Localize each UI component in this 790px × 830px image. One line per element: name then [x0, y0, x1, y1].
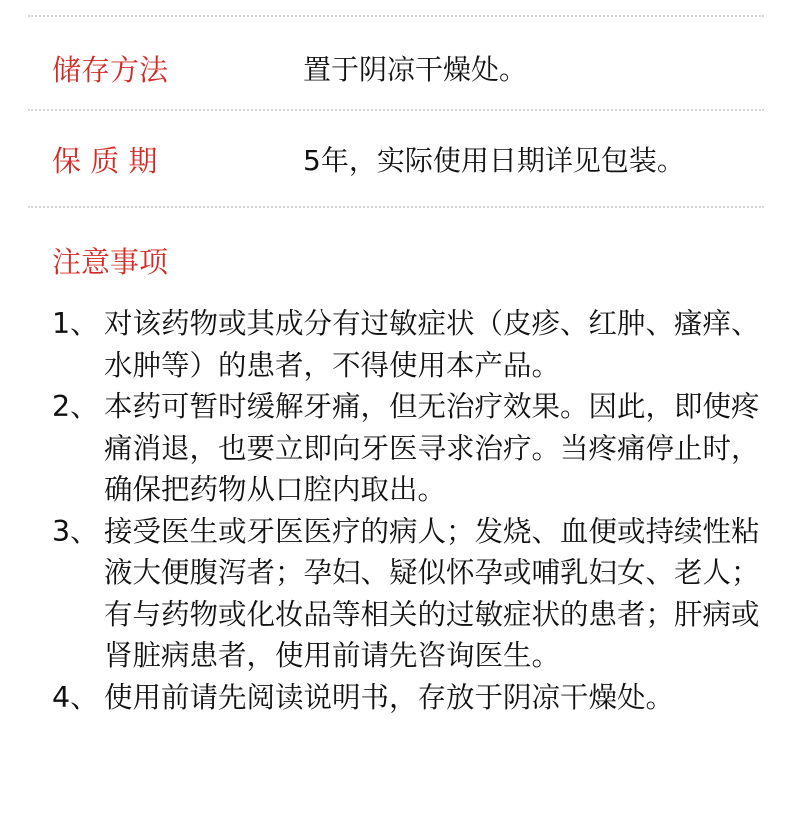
note-number: 1、 [52, 303, 99, 345]
note-number: 3、 [52, 511, 99, 553]
note-text: 对该药物或其成分有过敏症状（皮疹、红肿、瘙痒、水肿等）的患者，不得使用本产品。 [104, 303, 772, 386]
note-text: 使用前请先阅读说明书，存放于阴凉干燥处。 [104, 677, 772, 719]
note-item-1: 1、 对该药物或其成分有过敏症状（皮疹、红肿、瘙痒、水肿等）的患者，不得使用本产… [52, 303, 772, 386]
note-text: 接受医生或牙医医疗的病人；发烧、血便或持续性粘液大便腹泻者；孕妇、疑似怀孕或哺乳… [104, 511, 772, 677]
shelf-life-value: 5年，实际使用日期详见包装。 [303, 143, 685, 179]
note-item-3: 3、 接受医生或牙医医疗的病人；发烧、血便或持续性粘液大便腹泻者；孕妇、疑似怀孕… [52, 511, 772, 677]
notes-list: 1、 对该药物或其成分有过敏症状（皮疹、红肿、瘙痒、水肿等）的患者，不得使用本产… [52, 303, 772, 718]
note-item-4: 4、 使用前请先阅读说明书，存放于阴凉干燥处。 [52, 677, 772, 719]
storage-value: 置于阴凉干燥处。 [303, 52, 527, 88]
note-text: 本药可暂时缓解牙痛，但无治疗效果。因此，即使疼痛消退，也要立即向牙医寻求治疗。当… [104, 386, 772, 511]
divider-top [28, 15, 764, 17]
note-number: 4、 [52, 677, 99, 719]
divider-1 [28, 109, 764, 111]
divider-2 [28, 206, 764, 208]
note-number: 2、 [52, 386, 99, 428]
storage-label: 储存方法 [52, 52, 168, 88]
note-item-2: 2、 本药可暂时缓解牙痛，但无治疗效果。因此，即使疼痛消退，也要立即向牙医寻求治… [52, 386, 772, 511]
notes-heading: 注意事项 [52, 244, 168, 280]
shelf-life-label: 保 质 期 [52, 143, 157, 179]
